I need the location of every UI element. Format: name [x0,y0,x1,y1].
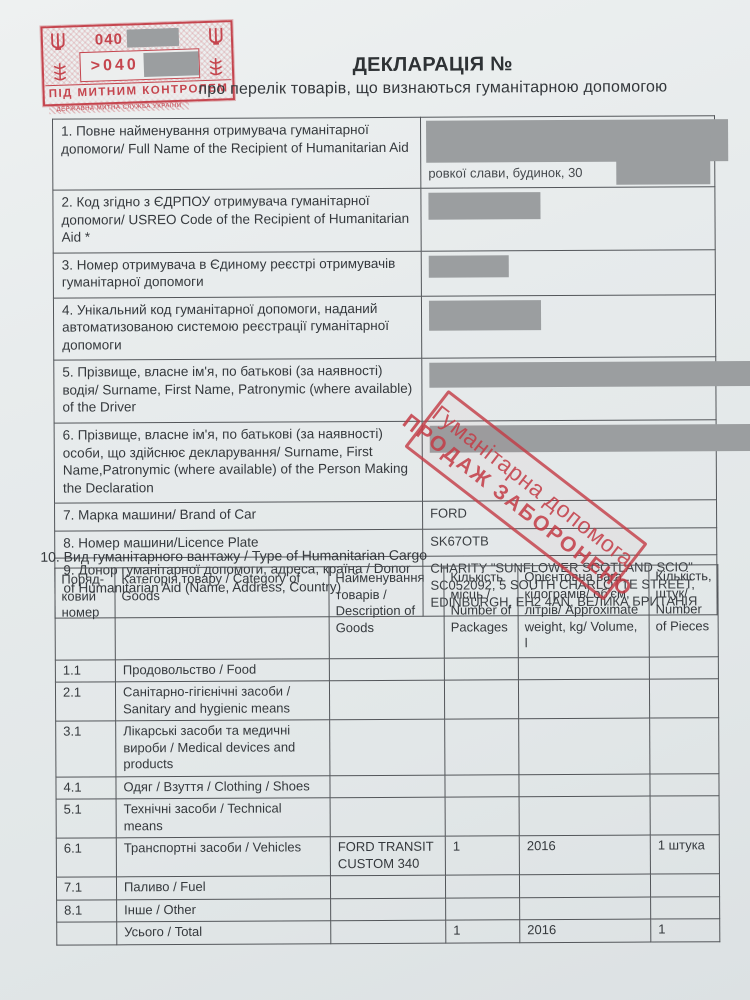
cargo-header-cell: Орієнтовна вага, кілограмів/ об'єм, літр… [518,565,649,657]
info-row-label: 5. Прізвище, власне ім'я, по батькові (з… [54,359,422,424]
info-row: 3. Номер отримувача в Єдиному реєстрі от… [53,249,715,298]
cargo-cell-pieces [649,679,718,718]
cargo-cell-num: 1.1 [55,659,115,682]
cargo-cell-pieces [650,773,719,796]
cargo-cell-description [329,658,444,681]
cargo-row: 6.1Транспортні засоби / VehiclesFORD TRA… [56,835,719,877]
cargo-cell-pieces [650,796,719,835]
cargo-cell-packages [445,774,519,797]
cargo-cell-weight [519,874,650,897]
cargo-cell-weight: 2016 [519,835,650,875]
info-row-value: ОРГАНІЗровкої слави, будинок, 30 [420,116,714,189]
cargo-cell-category: Одяг / Взуття / Clothing / Shoes [116,775,330,799]
cargo-cell-pieces [651,896,720,919]
cargo-cell-description [330,875,445,898]
cargo-row: 5.1Технічні засоби / Technical means [56,796,719,838]
visible-text-fragment: ровкої слави, будинок, 30 [428,165,582,183]
trident-icon [207,26,226,47]
redaction-box [429,255,509,277]
cargo-header-cell: Кількість місць / Number of Packages [444,566,518,658]
cargo-table: Поряд-ковий номерКатегорія товару / Cate… [54,564,720,945]
cargo-cell-weight: 2016 [520,919,651,942]
cargo-cell-pieces: 1 [651,919,720,942]
cargo-cell-packages [445,797,519,836]
info-row: 1. Повне найменування отримувача гуманіт… [53,116,715,190]
cargo-cell-packages [445,719,519,775]
cargo-cell-weight [519,718,650,774]
cargo-row: Усього / Total120161 [57,919,720,945]
section10-label: 10. Вид гуманітарного вантажу / Type of … [40,547,427,565]
cargo-cell-num: 3.1 [56,721,116,777]
info-row-value [422,357,716,421]
page-title: ДЕКЛАРАЦІЯ № [128,52,738,78]
stamp-serial-top: 040 [83,25,192,51]
cargo-cell-pieces: 1 штука [650,835,719,874]
document-header: ДЕКЛАРАЦІЯ № про перелік товарів, що виз… [128,52,738,99]
cargo-cell-description [331,898,446,921]
redaction-box [428,192,540,220]
cargo-cell-weight [518,679,649,719]
cargo-header-cell: Категорія товару / Category of Goods [115,567,329,660]
cargo-header-cell: Найменування товарів / Description of Go… [329,566,444,658]
cargo-cell-num [57,922,117,945]
cargo-table-body: Поряд-ковий номерКатегорія товару / Cate… [55,565,720,945]
info-row-label: 3. Номер отримувача в Єдиному реєстрі от… [53,251,421,298]
cargo-cell-weight [519,774,650,797]
redacted-value-area: ОРГАНІЗровкої слави, будинок, 30 [428,120,707,183]
cargo-cell-num: 6.1 [56,838,116,877]
caduceus-icon [51,62,70,83]
cargo-cell-packages [444,657,518,680]
declaration-document: 040 >040 ПІД МИТНИМ КОНТРОЛЕМ ДЕРЖАВНА М… [0,0,750,1000]
cargo-cell-description [329,680,444,720]
cargo-cell-num: 2.1 [55,682,115,721]
cargo-cell-category: Лікарські засоби та медичні вироби / Med… [116,720,330,777]
stamp-footer-text: ДЕРЖАВНА МИТНА СЛУЖБА УКРАЇНИ [49,102,189,115]
cargo-header-cell: Поряд-ковий номер [55,568,115,660]
info-row-value [421,249,715,296]
redaction-box [429,361,750,388]
cargo-cell-packages [446,897,520,920]
cargo-cell-num: 4.1 [56,776,116,799]
cargo-cell-description [331,920,446,943]
cargo-cell-category: Паливо / Fuel [116,876,330,900]
info-row-label: 6. Прізвище, власне ім'я, по батькові (з… [54,421,422,503]
cargo-cell-description: FORD TRANSIT CUSTOM 340 [330,836,445,876]
cargo-header-cell: Кількість, штук/ Number of Pieces [649,565,718,657]
redaction-box [127,28,180,48]
cargo-row: 2.1Санітарно-гігієнічні засоби / Sanitar… [55,679,718,721]
cargo-cell-num: 7.1 [56,877,116,900]
trident-icon [49,32,68,53]
cargo-cell-category: Транспортні засоби / Vehicles [116,837,330,877]
info-row: 7. Марка машини/ Brand of CarFORD [55,500,717,531]
cargo-cell-description [330,775,445,798]
info-row: 4. Унікальний код гуманітарної допомоги,… [53,294,715,360]
cargo-cell-pieces [650,718,719,774]
stamp-number: 040 [95,30,124,48]
info-row-value [421,294,715,358]
cargo-cell-pieces [649,656,718,679]
redaction-box [616,134,710,184]
cargo-cell-description [330,797,445,837]
cargo-cell-category: Інше / Other [117,898,331,922]
cargo-cell-packages: 1 [446,920,520,943]
cargo-cell-num: 8.1 [57,899,117,922]
cargo-cell-category: Технічні засоби / Technical means [116,798,330,838]
cargo-cell-category: Продовольство / Food [115,658,329,682]
info-row-label: 2. Код згідно з ЄДРПОУ отримувача гумані… [53,188,421,253]
info-row-value: SK67OTB [423,527,717,556]
cargo-cell-packages: 1 [445,836,519,875]
cargo-cell-category: Санітарно-гігієнічні засоби / Sanitary a… [115,681,329,721]
info-row: 5. Прізвище, власне ім'я, по батькові (з… [54,357,716,423]
page-subtitle: про перелік товарів, що визнаються гуман… [128,78,738,99]
info-row-label: 7. Марка машини/ Brand of Car [55,501,423,530]
cargo-cell-packages [445,875,519,898]
cargo-cell-description [330,719,445,775]
cargo-cell-packages [444,680,518,719]
cargo-cell-weight [519,796,650,836]
cargo-header-row: Поряд-ковий номерКатегорія товару / Cate… [55,565,718,660]
info-row-value [421,187,715,251]
info-row-value: FORD [423,500,717,529]
cargo-row: 3.1Лікарські засоби та медичні вироби / … [56,718,719,777]
cargo-cell-weight [518,657,649,680]
info-row-label: 4. Унікальний код гуманітарної допомоги,… [53,296,421,361]
redaction-box [430,424,750,453]
cargo-cell-num: 5.1 [56,799,116,838]
info-row: 6. Прізвище, власне ім'я, по батькові (з… [54,420,716,504]
info-row-value [422,420,716,502]
cargo-cell-pieces [650,874,719,897]
info-row-label: 1. Повне найменування отримувача гуманіт… [53,117,421,190]
info-row: 2. Код згідно з ЄДРПОУ отримувача гумані… [53,187,715,253]
cargo-cell-category: Усього / Total [117,921,331,945]
cargo-cell-weight [520,897,651,920]
info-table-body: 1. Повне найменування отримувача гуманіт… [53,116,718,618]
redaction-box [429,300,541,331]
recipient-info-table: 1. Повне найменування отримувача гуманіт… [52,115,718,618]
